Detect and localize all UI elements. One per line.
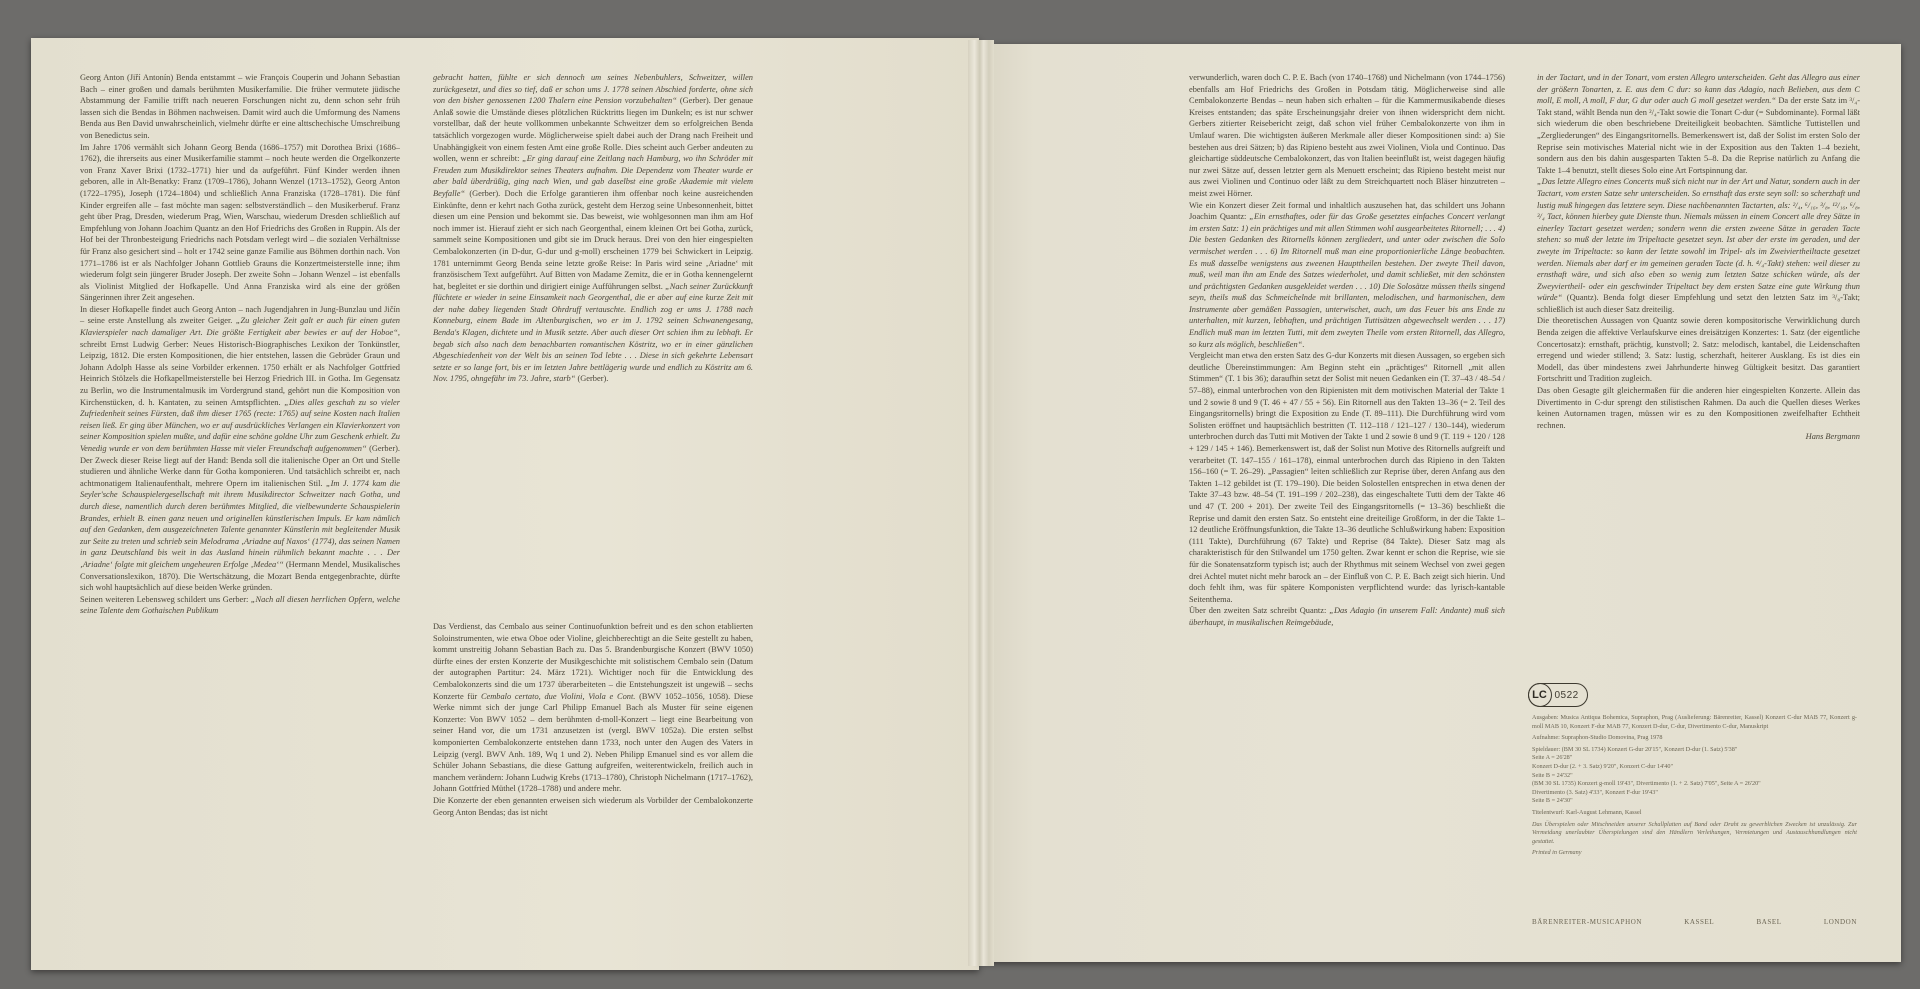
publisher-city: LONDON	[1824, 918, 1857, 926]
text-run: Da der erste Satz im ³/₄-Takt stand, wäh…	[1537, 96, 1860, 175]
text-run: Über den zweiten Satz schreibt Quantz:	[1189, 606, 1329, 615]
text-run: Die theoretischen Aussagen von Quantz so…	[1537, 316, 1860, 383]
liner-notes-column-4: in der Tactart, und in der Tonart, vom e…	[1537, 72, 1860, 443]
duration-line: Divertimento (3. Satz) 4'33", Konzert F-…	[1532, 789, 1857, 798]
liner-notes-column-1: Georg Anton (Jiří Antonín) Benda entstam…	[80, 72, 400, 617]
paragraph: Vergleicht man etwa den ersten Satz des …	[1189, 350, 1505, 605]
duration-line: Seite B = 24'30"	[1532, 797, 1857, 806]
paragraph: In dieser Hofkapelle findet auch Georg A…	[80, 304, 400, 594]
paragraph: Georg Anton (Jiří Antonín) Benda entstam…	[80, 72, 400, 142]
text-run: Georg Anton (Jiří Antonín) Benda entstam…	[80, 73, 400, 140]
publisher-line: BÄRENREITER-MUSICAPHON KASSEL BASEL LOND…	[1532, 918, 1857, 926]
production-credits: Ausgaben: Musica Antiqua Bohemica, Supra…	[1532, 714, 1857, 861]
text-run: Das oben Gesagte gilt gleichermaßen für …	[1537, 386, 1860, 430]
text-run: (Gerber).	[575, 374, 608, 383]
text-run: verwunderlich, waren doch C. P. E. Bach …	[1189, 73, 1505, 198]
duration-line: (BM 30 SL 1735) Konzert g-moll 19'43", D…	[1532, 780, 1857, 789]
paragraph: Seinen weiteren Lebensweg schildert uns …	[80, 594, 400, 617]
text-run: (Quantz). Benda folgt dieser Empfehlung …	[1537, 293, 1860, 314]
text-run: (Gerber). Doch die Erfolge garantieren i…	[433, 189, 753, 291]
paragraph: verwunderlich, waren doch C. P. E. Bach …	[1189, 72, 1505, 200]
quote-gerber: „Nach seiner Zurückkunft flüchtete er wi…	[433, 282, 753, 384]
paragraph: Die Konzerte der eben genannten erweisen…	[433, 795, 753, 818]
paragraph: Im Jahre 1706 vermählt sich Johann Georg…	[80, 142, 400, 304]
liner-notes-column-2-top: gebracht hatten, fühlte er sich dennoch …	[433, 72, 753, 385]
credits-editions: Ausgaben: Musica Antiqua Bohemica, Supra…	[1532, 714, 1857, 731]
text-run: Im Jahre 1706 vermählt sich Johann Georg…	[80, 143, 400, 303]
duration-line: Seite A = 26'28"	[1532, 754, 1857, 763]
text-run: , schreibt Ernst Ludwig Gerber: Neues Hi…	[80, 328, 400, 407]
duration-line: Seite B = 24'32"	[1532, 772, 1857, 781]
label-code-logo: LC 0522	[1528, 683, 1588, 707]
liner-notes-column-2-bottom: Das Verdienst, das Cembalo aus seiner Co…	[433, 621, 753, 818]
gatefold-spine	[968, 40, 994, 966]
quote-quantz: „Ein ernsthaftes, oder für das Große ges…	[1189, 212, 1505, 349]
text-run: Vergleicht man etwa den ersten Satz des …	[1189, 351, 1505, 603]
text-run: Seinen weiteren Lebensweg schildert uns …	[80, 595, 251, 604]
paragraph: in der Tactart, und in der Tonart, vom e…	[1537, 72, 1860, 176]
credits-duration: Spieldauer: (BM 30 SL 1734) Konzert G-du…	[1532, 746, 1857, 806]
paragraph: „Das letzte Allegro eines Concerts muß s…	[1537, 176, 1860, 315]
paragraph: gebracht hatten, fühlte er sich dennoch …	[433, 72, 753, 385]
publisher-city: KASSEL	[1684, 918, 1714, 926]
lc-icon: LC	[1528, 683, 1552, 707]
paragraph: Über den zweiten Satz schreibt Quantz: „…	[1189, 605, 1505, 628]
quote-mendel: „Im J. 1774 kam die Seyler'sche Schauspi…	[80, 479, 400, 569]
text-run: .	[1302, 340, 1304, 349]
text-run: (BWV 1052–1056, 1058). Diese Werke nimmt…	[433, 692, 753, 794]
publisher-city: BASEL	[1756, 918, 1781, 926]
duration-line: Spieldauer: (BM 30 SL 1734) Konzert G-du…	[1532, 746, 1857, 755]
copyright-notice: Das Überspielen oder Mitschneiden unsere…	[1532, 821, 1857, 847]
credits-cover-design: Titelentwurf: Karl-August Lehmann, Kasse…	[1532, 809, 1857, 818]
text-run: Das Verdienst, das Cembalo aus seiner Co…	[433, 622, 753, 701]
paragraph: Die theoretischen Aussagen von Quantz so…	[1537, 315, 1860, 385]
author-signature: Hans Bergmann	[1537, 431, 1860, 443]
paragraph: Das Verdienst, das Cembalo aus seiner Co…	[433, 621, 753, 795]
text-run: Die Konzerte der eben genannten erweisen…	[433, 796, 753, 817]
label-code-number: 0522	[1555, 690, 1579, 701]
credits-recording: Aufnahme: Supraphon-Studio Domovina, Pra…	[1532, 734, 1857, 743]
duration-line: Konzert D-dur (2. + 3. Satz) 9'20", Konz…	[1532, 763, 1857, 772]
quote-quantz: „Das letzte Allegro eines Concerts muß s…	[1537, 177, 1860, 302]
printed-in: Printed in Germany	[1532, 849, 1857, 858]
paragraph: Wie ein Konzert dieser Zeit formal und i…	[1189, 200, 1505, 351]
paragraph: Das oben Gesagte gilt gleichermaßen für …	[1537, 385, 1860, 431]
liner-notes-column-3: verwunderlich, waren doch C. P. E. Bach …	[1189, 72, 1505, 629]
italic-title: Cembalo certato, due Violini, Viola e Co…	[481, 692, 635, 701]
publisher-name: BÄRENREITER-MUSICAPHON	[1532, 918, 1642, 926]
